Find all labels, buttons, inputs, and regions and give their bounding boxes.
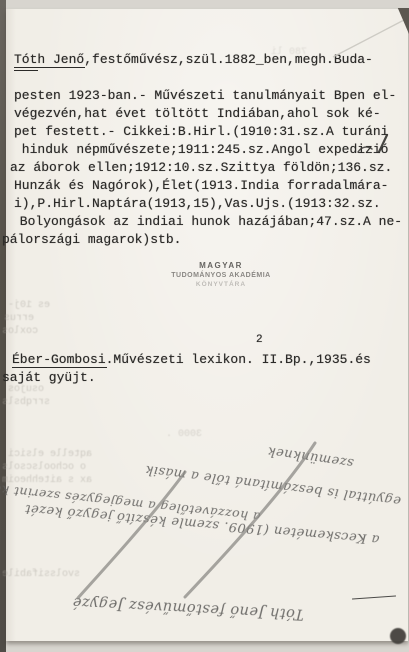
pencil-strokes-overlay xyxy=(6,9,408,641)
entry-line: i),P.Hirl.Naptára(1913,15),Vas.Ujs.(1913… xyxy=(14,196,381,211)
bleed-through-fragment: errus xyxy=(4,313,34,324)
name-underline xyxy=(14,67,85,68)
entry-line: az áborok ellen;1912:10.sz.Szittya földö… xyxy=(10,160,392,175)
reference-underline xyxy=(12,367,107,368)
entry-line: pálországi magarok)stb. xyxy=(2,232,181,247)
handwriting-signature-line: Tóth Jenő festőművész Jegyzé xyxy=(42,592,304,622)
stamp-line-1: MAGYAR xyxy=(136,261,306,270)
entry-line: Bolyongások az indiai hunok hazájában;47… xyxy=(12,214,402,229)
bleed-through-fragment: coxlos xyxy=(2,326,38,337)
pencil-cancellation-stroke xyxy=(78,472,185,598)
name-underline-double xyxy=(14,70,38,71)
entry-line: Hunzák és Nagórok),Élet(1913.India forra… xyxy=(14,178,388,193)
entry-line: Tóth Jenő,festőművész,szül.1882_ben,megh… xyxy=(14,52,373,67)
entry-line: pet festett.- Cikkei:B.Hirl.(1910:31.sz.… xyxy=(14,124,388,139)
entry-line: pesten 1923-ban.- Művészeti tanulmányait… xyxy=(14,88,396,103)
stamp-line-2: TUDOMÁNYOS AKADÉMIA xyxy=(136,272,306,279)
bleed-through-fragment: es 10j- xyxy=(8,300,50,311)
corner-ink-blot xyxy=(390,628,406,644)
bleed-through-fragment: aqtelle elsici xyxy=(8,449,92,460)
bleed-through-fragment: srrqbsls xyxy=(2,397,50,408)
entry-line: végezvén,hat évet töltött Indiában,ahol … xyxy=(14,106,381,121)
bleed-through-fragment: svolssifabile xyxy=(2,569,80,580)
reference-superscript: 2 xyxy=(256,333,263,348)
bleed-through-fragment: 3000 . xyxy=(166,429,202,440)
bleed-through-fragment: o ochoolscsols xyxy=(2,462,86,473)
bleed-through-fragment: osujos xyxy=(8,384,44,395)
entry-line: hinduk népművészete;1911:245.sz.Angol ex… xyxy=(14,142,388,157)
reference-line: Éber-Gombosi.Művészeti lexikon. II.Bp.,1… xyxy=(12,352,371,367)
clipped-corner-shadow xyxy=(393,8,409,34)
reference-line: saját gyüjt. xyxy=(2,370,96,385)
handwriting-line: szemünknek xyxy=(263,443,354,470)
stamp-line-3: KÖNYVTÁRA xyxy=(136,281,306,288)
library-stamp: MAGYAR TUDOMÁNYOS AKADÉMIA KÖNYVTÁRA xyxy=(136,261,306,288)
catalog-card: 780 li es 10j- errus coxlos osujos srrqb… xyxy=(6,9,408,641)
handwriting-underline xyxy=(352,595,396,599)
